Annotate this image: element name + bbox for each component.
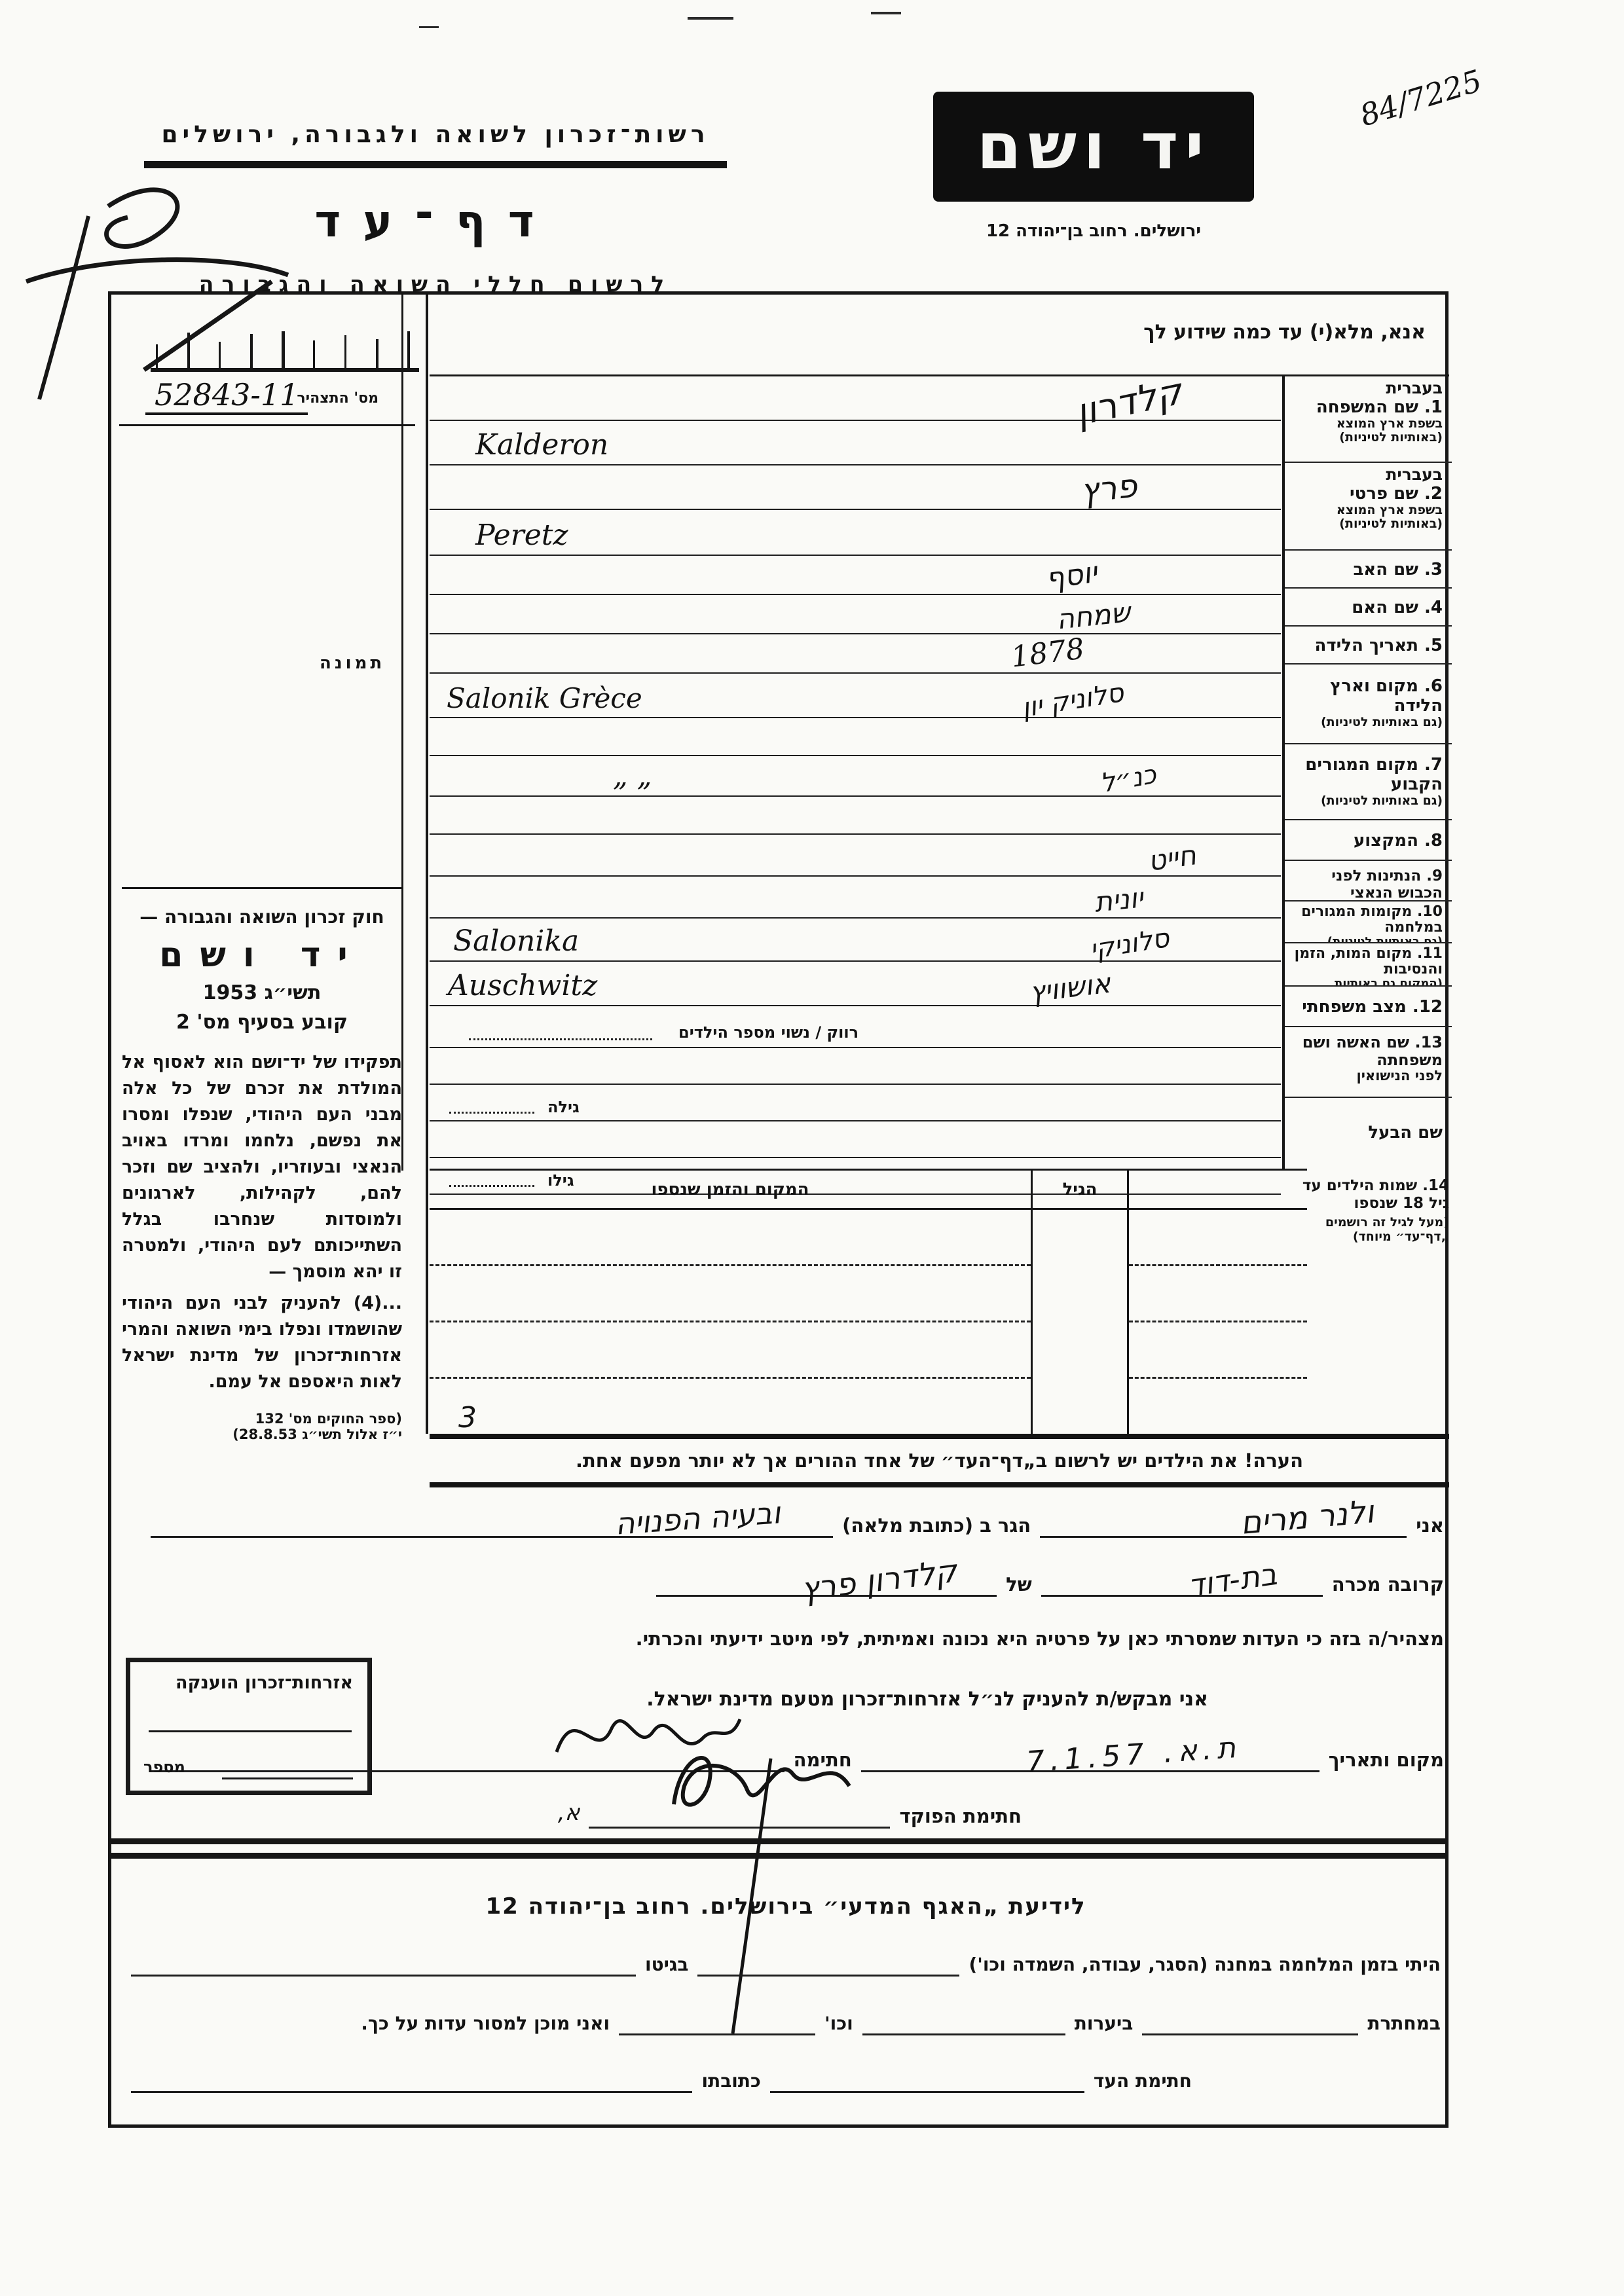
place-date-label: מקום ותאריך xyxy=(1329,1749,1444,1772)
place-date-handwriting: ת.א. 7.1.57 xyxy=(1025,1731,1242,1779)
row-residence: „ „ כנ״ל xyxy=(430,756,1281,797)
father-name-handwriting: יוסף xyxy=(1044,556,1099,596)
birthplace-hebrew-handwriting: סלוניק יון xyxy=(1020,678,1126,723)
birthplace-latin-handwriting: Salonik Grèce xyxy=(447,682,642,714)
law-citation-2: י״ז אלול תשי״ג 28.8.53) xyxy=(122,1427,402,1442)
children-table-row xyxy=(430,1322,1307,1379)
note-band: הערה! את הילדים יש לרשום ב„דף־העד״ של אח… xyxy=(430,1434,1449,1487)
pen-slash-icon xyxy=(131,272,288,376)
relation-label: קרובה מכרה xyxy=(1332,1573,1444,1597)
declarant-resides-label: הגר ב (כתובת מלאה) xyxy=(842,1514,1031,1538)
writing-column: קלדרון Kalderon פרץ Peretz יוסף שמחה 187… xyxy=(430,376,1281,1195)
row-citizenship: יונית xyxy=(430,877,1281,919)
declarant-line: אני ולנר מרים הגר ב (כתובת מלאה) ובעיה ה… xyxy=(151,1507,1444,1538)
row-wife-name xyxy=(430,1048,1281,1085)
witness-line-1: היתי בזמן המלחמה במחנה (הסגר, עבודה, השמ… xyxy=(131,1946,1441,1977)
photo-placeholder-label: תמונה xyxy=(320,653,385,673)
row-husband-name xyxy=(430,1121,1281,1158)
label-field-10: 10. מקומות המגורים במלחמה (גם באותיות לט… xyxy=(1285,902,1452,943)
declarant-i-label: אני xyxy=(1416,1514,1444,1538)
ghetto-blank xyxy=(131,1946,636,1977)
ready-to-testify-label: ואני מוכן למסור עדות על כך. xyxy=(361,2013,610,2035)
witness-address-blank xyxy=(131,2062,692,2093)
relation-line: קרובה מכרה בת-דוד של קלדרון פרץ xyxy=(151,1566,1444,1597)
children-names-header-cell xyxy=(1129,1171,1307,1210)
header-left: רשות־זכרון לשואה ולגבורה, ירושלים דף־עד … xyxy=(124,121,747,297)
section-divider-bottom xyxy=(111,1853,1445,1859)
children-place-header-cell: המקום והזמן שנספו xyxy=(430,1171,1031,1210)
marital-options-text: רווק / נשוי מספר הילדים xyxy=(678,1023,858,1042)
camp-blank xyxy=(697,1946,959,1977)
stamp-title: אזרחות־זכרון הוענקה xyxy=(175,1673,353,1693)
wife-age-blank xyxy=(449,1112,534,1114)
clerk-signature-line: חתימת הפוקד א, xyxy=(151,1798,1022,1829)
file-number-row: מס' התצהיר 52843-11 xyxy=(123,377,411,419)
row-wife-age: גילה xyxy=(430,1085,1281,1121)
file-number-value: 52843-11 xyxy=(145,377,308,415)
witness-signature-blank xyxy=(770,2062,1084,2093)
authority-name: רשות־זכרון לשואה ולגבורה, ירושלים xyxy=(124,121,747,148)
wartime-camp-label: היתי בזמן המלחמה במחנה (הסגר, עבודה, השמ… xyxy=(969,1954,1441,1977)
note-text: הערה! את הילדים יש לרשום ב„דף־העד״ של אח… xyxy=(576,1449,1303,1472)
children-table-row xyxy=(430,1379,1307,1436)
underground-blank xyxy=(1142,2005,1358,2035)
form-title: דף־עד xyxy=(124,196,747,247)
row-blank-1 xyxy=(430,718,1281,756)
witness-address-label: כתובתו xyxy=(701,2070,760,2093)
row-blank-2 xyxy=(430,797,1281,835)
law-heading-1: חוק זכרון השואה והגבורה — xyxy=(122,906,402,928)
header-right: יד ושם ירושלים. רחוב בן־יהודה 12 xyxy=(933,92,1254,241)
row-profession: חייט xyxy=(430,835,1281,877)
residence-ditto-marks: „ „ xyxy=(613,759,652,793)
label-field-12: 12. מצב משפחתי xyxy=(1285,987,1452,1027)
label-field-7: 7. מקום המגורים הקבוע (גם באותיות לטיניו… xyxy=(1285,744,1452,820)
declaration-sentence: מצהיר/ה בזה כי העדות שמסרתי כאן על פרטיה… xyxy=(151,1628,1444,1650)
field-labels-column: בעברית 1. שם המשפחה בשפת ארץ המוצא (באות… xyxy=(1282,376,1452,1169)
givenname-hebrew-handwriting: פרץ xyxy=(1079,467,1139,511)
witness-signature-label: חתימת העד xyxy=(1094,2070,1192,2093)
children-table: הגיל המקום והזמן שנספו xyxy=(430,1169,1307,1436)
row-givenname-latin: Peretz xyxy=(430,510,1281,556)
label-field-8: 8. המקצוע xyxy=(1285,820,1452,861)
label-1-sub: בשפת ארץ המוצא (באותיות לטיניות) xyxy=(1287,417,1443,445)
death-place-latin-handwriting: Auschwitz xyxy=(448,969,597,1002)
mother-name-handwriting: שמחה xyxy=(1055,596,1132,636)
scan-noise xyxy=(871,12,901,14)
declarant-address-handwriting: ובעיה הפנויה xyxy=(614,1495,782,1542)
declarant-address-blank: ובעיה הפנויה xyxy=(151,1507,833,1538)
forests-blank xyxy=(862,2005,1065,2035)
war-residence-hebrew-handwriting: סלוניקי xyxy=(1088,923,1172,965)
label-1-main: 1. שם המשפחה xyxy=(1287,397,1443,417)
intro-text: אנא, מלא(י) עד כמה שידוע לך xyxy=(1143,321,1426,344)
scan-noise xyxy=(688,17,733,20)
stray-digit-handwriting: 3 xyxy=(458,1401,477,1434)
label-field-5: 5. תאריך הלידה xyxy=(1285,627,1452,665)
stamp-line xyxy=(149,1730,352,1732)
law-heading-2: יד ושם xyxy=(122,936,402,975)
citizenship-stamp-box: אזרחות־זכרון הוענקה מספר xyxy=(126,1658,372,1795)
row-givenname-hebrew: פרץ xyxy=(430,465,1281,510)
label-husband-name: שם הבעל xyxy=(1285,1098,1452,1169)
relation-handwriting: בת-דוד xyxy=(1185,1556,1278,1603)
relation-of-label: של xyxy=(1006,1573,1032,1597)
birth-year-handwriting: 1878 xyxy=(1009,632,1086,674)
label-2-main: 2. שם פרטי xyxy=(1287,484,1443,503)
marital-status-blank xyxy=(469,1038,652,1040)
form-body: מס' התצהיר 52843-11 תמונה חוק זכרון השוא… xyxy=(108,291,1449,2128)
clerk-signature-label: חתימת הפוקד xyxy=(899,1805,1022,1829)
stamp-number-label: מספר xyxy=(143,1758,185,1776)
death-place-hebrew-handwriting: אושוויץ xyxy=(1027,967,1112,1009)
row-surname-latin: Kalderon xyxy=(430,421,1281,465)
relation-blank: בת-דוד xyxy=(1041,1566,1323,1597)
label-field-14: 14. שמות הילדים עד גיל 18 שנספו (מעל לגי… xyxy=(1287,1177,1449,1244)
underground-label: במחתרת xyxy=(1367,2013,1441,2035)
scan-noise xyxy=(419,26,439,28)
label-field-4: 4. שם האם xyxy=(1285,589,1452,627)
profession-handwriting: חייט xyxy=(1145,839,1198,877)
victim-name-handwriting: קלדרון פרץ xyxy=(800,1553,959,1609)
ghetto-label: בגיטו xyxy=(645,1954,688,1977)
surname-latin-handwriting: Kalderon xyxy=(475,428,608,462)
row-marital-status: רווק / נשוי מספר הילדים xyxy=(430,1006,1281,1048)
file-number-label: מס' התצהיר xyxy=(297,390,378,407)
label-field-3: 3. שם האב xyxy=(1285,551,1452,589)
victim-name-blank: קלדרון פרץ xyxy=(656,1566,997,1597)
witness-line-3: חתימת העד כתובתו xyxy=(131,2062,1192,2093)
witness-line-2: במחתרת ביערות וכו' ואני מוכן למסור עדות … xyxy=(131,2005,1441,2035)
citizenship-handwriting: יונית xyxy=(1093,881,1145,919)
label-field-11: 11. מקום המות, הזמן והנסיבות (המקום גם ב… xyxy=(1285,943,1452,987)
label-2-sub: בשפת ארץ המוצא (באותיות לטיניות) xyxy=(1287,503,1443,531)
law-sidebar: חוק זכרון השואה והגבורה — יד ושם תשי״ג 1… xyxy=(122,887,402,1442)
label-2-hebrew: בעברית xyxy=(1287,465,1443,484)
row-father-name: יוסף xyxy=(430,556,1281,595)
war-residence-latin-handwriting: Salonika xyxy=(453,924,579,958)
logo-address: ירושלים. רחוב בן־יהודה 12 xyxy=(933,221,1254,241)
law-heading-4: קובע בסעיף מס' 2 xyxy=(122,1011,402,1034)
givenname-latin-handwriting: Peretz xyxy=(475,519,568,552)
declarant-name-blank: ולנר מרים xyxy=(1040,1507,1407,1538)
children-age-header-cell: הגיל xyxy=(1031,1171,1129,1210)
etc-label: וכו' xyxy=(824,2013,853,2035)
row-death-place: Auschwitz אושוויץ xyxy=(430,962,1281,1006)
file-number-underline xyxy=(119,424,415,426)
attention-line: לידיעת „האגף המדעי״ בירושלים. רחוב בן־יה… xyxy=(354,1893,1218,1920)
intro-row: אנא, מלא(י) עד כמה שידוע לך xyxy=(430,295,1449,376)
label-field-6: 6. מקום וארץ הלידה (גם באותיות לטיניות) xyxy=(1285,665,1452,744)
label-field-13: 13. שם האשה ושם משפחתה לפני הנישואין xyxy=(1285,1027,1452,1098)
children-table-row xyxy=(430,1210,1307,1266)
clerk-signature-blank xyxy=(589,1798,890,1829)
corner-handwritten-number: 84/7225 xyxy=(1356,27,1604,134)
residence-hebrew-handwriting: כנ״ל xyxy=(1098,759,1158,799)
header-divider xyxy=(144,161,727,168)
writing-column-divider xyxy=(426,295,428,1434)
label-field-1: בעברית 1. שם המשפחה בשפת ארץ המוצא (באות… xyxy=(1285,376,1452,463)
scanned-testimony-page: 84/7225 רשות־זכרון לשואה ולגבורה, ירושלי… xyxy=(0,0,1624,2296)
section-divider-top xyxy=(111,1838,1445,1844)
label-1-hebrew: בעברית xyxy=(1287,379,1443,397)
declarant-name-handwriting: ולנר מרים xyxy=(1239,1493,1375,1542)
wife-age-label: גילה xyxy=(547,1098,580,1116)
yad-vashem-logo: יד ושם xyxy=(933,92,1254,202)
label-field-2: בעברית 2. שם פרטי בשפת ארץ המוצא (באותיו… xyxy=(1285,463,1452,551)
etc-blank xyxy=(619,2005,815,2035)
forests-label: ביערות xyxy=(1075,2013,1134,2035)
children-table-header: הגיל המקום והזמן שנספו xyxy=(430,1171,1307,1210)
row-war-residence: Salonika סלוניקי xyxy=(430,919,1281,962)
clerk-signature-icon xyxy=(661,1726,870,1837)
place-date-blank: ת.א. 7.1.57 xyxy=(861,1741,1319,1772)
law-heading-3: תשי״ג 1953 xyxy=(122,981,402,1004)
row-mother-name: שמחה xyxy=(430,595,1281,634)
law-body-text: תפקידו של יד־ושם הוא לאסוף אל המולדת את … xyxy=(122,1049,402,1285)
stamp-number-row: מספר xyxy=(143,1758,360,1776)
law-body-text-2: ...(4) להעניק לבני העם היהודי שהושמדו ונ… xyxy=(122,1290,402,1395)
law-citation-1: (ספר החוקים מס' 132 xyxy=(122,1411,402,1427)
label-field-9: 9. הנתינות לפני הכבוש הנאצי xyxy=(1285,861,1452,902)
row-birthplace: Salonik Grèce סלוניק יון xyxy=(430,674,1281,718)
children-table-row xyxy=(430,1266,1307,1322)
row-birth-date: 1878 xyxy=(430,634,1281,674)
row-surname-hebrew: קלדרון xyxy=(430,376,1281,421)
clerk-mark-handwriting: א, xyxy=(558,1800,580,1826)
